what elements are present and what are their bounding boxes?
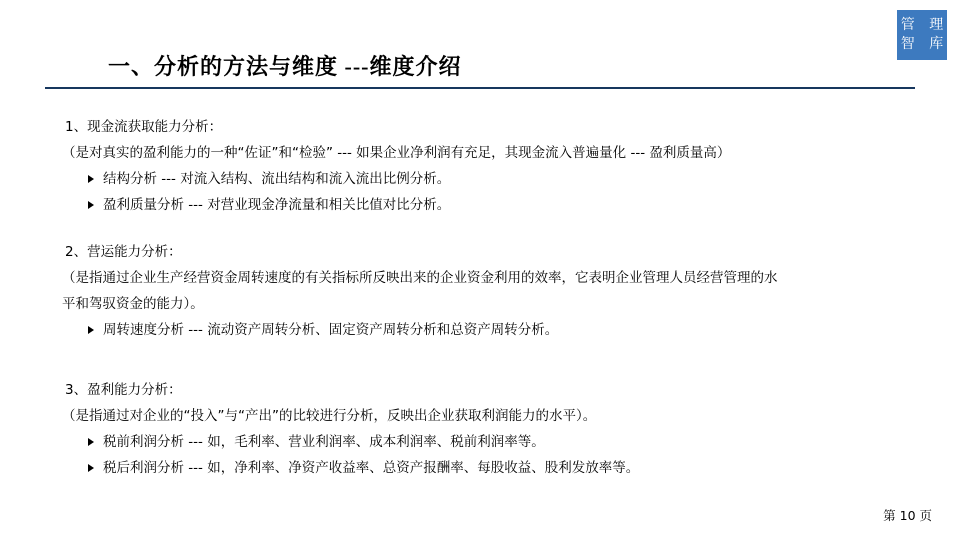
brand-logo: 管 理 智 库 [897,10,947,60]
bullet-text: 税后利润分析 --- 如，净利率、净资产收益率、总资产报酬率、每股收益、股利发放… [103,455,639,481]
section-description: （是对真实的盈利能力的一种“佐证”和“检验” --- 如果企业净利润有充足，其现… [62,140,942,166]
bullet-text: 盈利质量分析 --- 对营业现金净流量和相关比值对比分析。 [103,192,450,218]
triangle-bullet-icon [88,438,94,446]
section-description: （是指通过企业生产经营资金周转速度的有关指标所反映出来的企业资金利用的效率，它表… [62,265,942,291]
triangle-bullet-icon [88,201,94,209]
list-item: 结构分析 --- 对流入结构、流出结构和流入流出比例分析。 [62,166,942,192]
section-description-continued: 平和驾驭资金的能力）。 [62,291,942,317]
triangle-bullet-icon [88,175,94,183]
section-heading: 3、盈利能力分析： [62,377,942,403]
section-description: （是指通过对企业的“投入”与“产出”的比较进行分析，反映出企业获取利润能力的水平… [62,403,942,429]
section-operating-capacity-analysis: 2、营运能力分析： （是指通过企业生产经营资金周转速度的有关指标所反映出来的企业… [62,239,942,343]
triangle-bullet-icon [88,326,94,334]
list-item: 税前利润分析 --- 如，毛利率、营业利润率、成本利润率、税前利润率等。 [62,429,942,455]
page-number: 第 10 页 [883,506,932,524]
page-title: 一、分析的方法与维度 ---维度介绍 [108,50,461,81]
section-cash-flow-analysis: 1、现金流获取能力分析： （是对真实的盈利能力的一种“佐证”和“检验” --- … [62,114,942,218]
triangle-bullet-icon [88,464,94,472]
bullet-text: 结构分析 --- 对流入结构、流出结构和流入流出比例分析。 [103,166,450,192]
presentation-slide: 管 理 智 库 一、分析的方法与维度 ---维度介绍 1、现金流获取能力分析： … [0,0,960,540]
section-heading: 2、营运能力分析： [62,239,942,265]
list-item: 盈利质量分析 --- 对营业现金净流量和相关比值对比分析。 [62,192,942,218]
bullet-text: 周转速度分析 --- 流动资产周转分析、固定资产周转分析和总资产周转分析。 [103,317,558,343]
title-divider-line [45,87,915,89]
logo-text-line2: 智 库 [896,36,948,53]
logo-text-line1: 管 理 [896,17,948,34]
bullet-text: 税前利润分析 --- 如，毛利率、营业利润率、成本利润率、税前利润率等。 [103,429,545,455]
section-heading: 1、现金流获取能力分析： [62,114,942,140]
list-item: 周转速度分析 --- 流动资产周转分析、固定资产周转分析和总资产周转分析。 [62,317,942,343]
section-profitability-analysis: 3、盈利能力分析： （是指通过对企业的“投入”与“产出”的比较进行分析，反映出企… [62,377,942,481]
list-item: 税后利润分析 --- 如，净利率、净资产收益率、总资产报酬率、每股收益、股利发放… [62,455,942,481]
